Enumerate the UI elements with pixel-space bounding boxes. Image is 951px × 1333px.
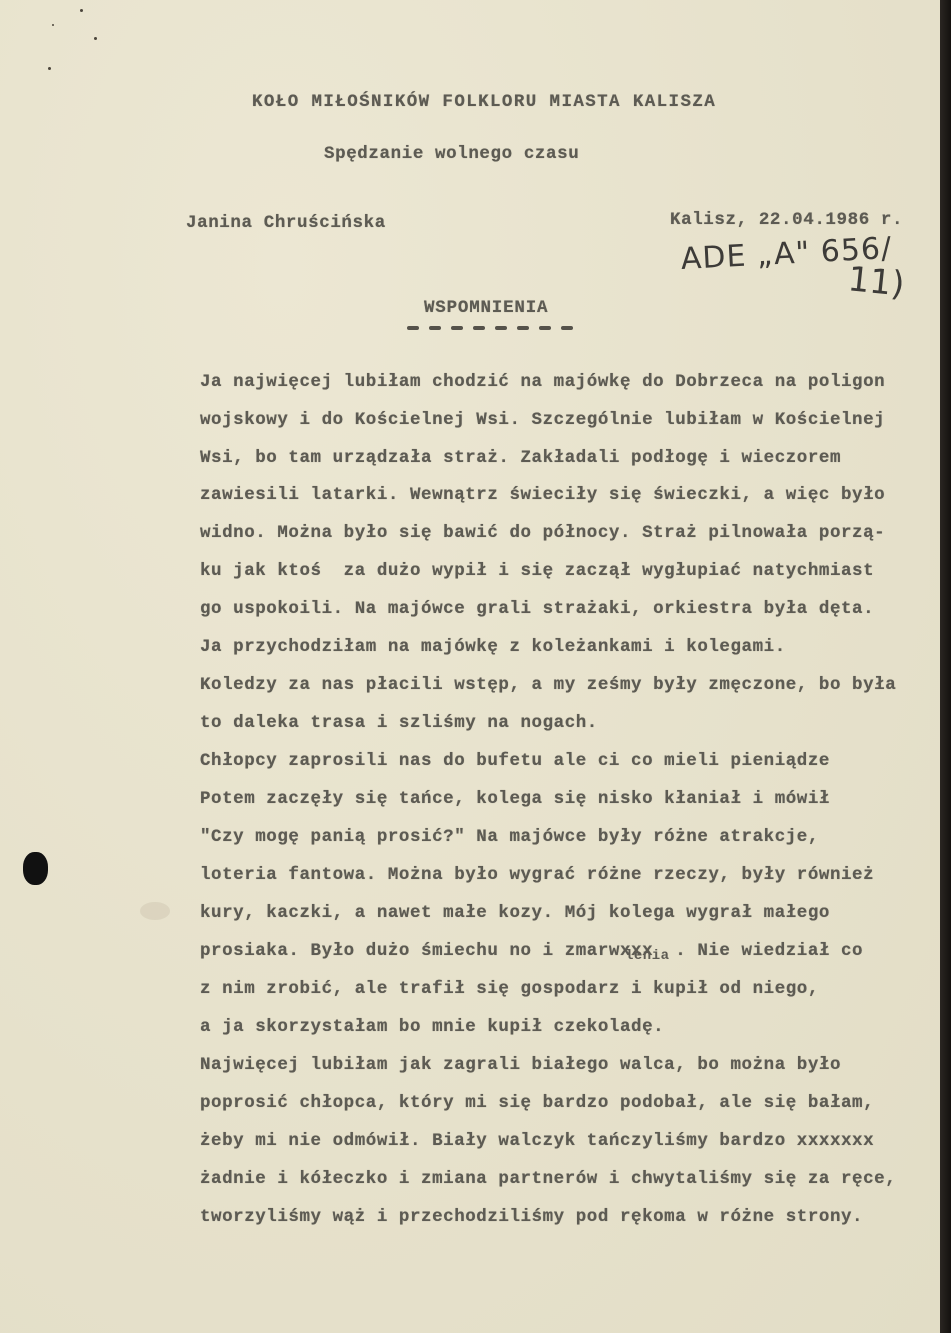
paper-speck [80, 9, 83, 12]
body-line: kury, kaczki, a nawet małe kozy. Mój kol… [200, 903, 830, 923]
author-name: Janina Chruścińska [186, 213, 386, 233]
body-line: poprosić chłopca, który mi się bardzo po… [200, 1093, 874, 1113]
body-line: Potem zaczęły się tańce, kolega się nisk… [200, 789, 830, 809]
body-line: Ja najwięcej lubiłam chodzić na majówkę … [200, 372, 885, 392]
body-line: Koledzy za nas płacili wstęp, a my ześmy… [200, 675, 896, 695]
body-line: "Czy mogę panią prosić?" Na majówce były… [200, 827, 819, 847]
organization-header: KOŁO MIŁOŚNIKÓW FOLKLORU MIASTA KALISZA [252, 92, 716, 112]
paper-speck [52, 24, 54, 26]
punch-hole [23, 852, 48, 885]
paper-speck [94, 37, 97, 40]
body-line: z nim zrobić, ale trafił się gospodarz i… [200, 979, 819, 999]
body-line: żadnie i kółeczko i zmiana partnerów i c… [200, 1169, 896, 1189]
section-title: WSPOMNIENIA [424, 298, 548, 318]
body-line: zawiesili latarki. Wewnątrz świeciły się… [200, 485, 885, 505]
paper-speck [48, 67, 51, 70]
body-line: go uspokoili. Na majówce grali strażaki,… [200, 599, 874, 619]
body-line: tworzyliśmy wąż i przechodziliśmy pod rę… [200, 1207, 863, 1227]
body-line: loteria fantowa. Można było wygrać różne… [200, 865, 874, 885]
body-line: wojskowy i do Kościelnej Wsi. Szczególni… [200, 410, 885, 430]
body-line: a ja skorzystałam bo mnie kupił czekolad… [200, 1017, 664, 1037]
body-line: ku jak ktoś za dużo wypił i się zaczął w… [200, 561, 874, 581]
scanned-page: KOŁO MIŁOŚNIKÓW FOLKLORU MIASTA KALISZA … [0, 0, 940, 1333]
body-line: Chłopcy zaprosili nas do bufetu ale ci c… [200, 751, 830, 771]
body-line: widno. Można było się bawić do północy. … [200, 523, 885, 543]
typed-correction-above-line: lenia [625, 948, 670, 964]
document-subtitle: Spędzanie wolnego czasu [324, 144, 579, 164]
body-line: prosiaka. Było dużo śmiechu no i zmarwxx… [200, 941, 863, 961]
paper-stain [140, 902, 170, 920]
archive-reference-tail: 11) [846, 259, 906, 305]
section-title-underline [407, 326, 573, 330]
body-line: Najwięcej lubiłam jak zagrali białego wa… [200, 1055, 841, 1075]
body-line: Wsi, bo tam urządzała straż. Zakładali p… [200, 448, 841, 468]
body-line: to daleka trasa i szliśmy na nogach. [200, 713, 598, 733]
place-date: Kalisz, 22.04.1986 r. [670, 210, 903, 230]
body-line: Ja przychodziłam na majówkę z koleżankam… [200, 637, 786, 657]
body-line: żeby mi nie odmówił. Biały walczyk tańcz… [200, 1131, 874, 1151]
scan-edge [940, 0, 951, 1333]
